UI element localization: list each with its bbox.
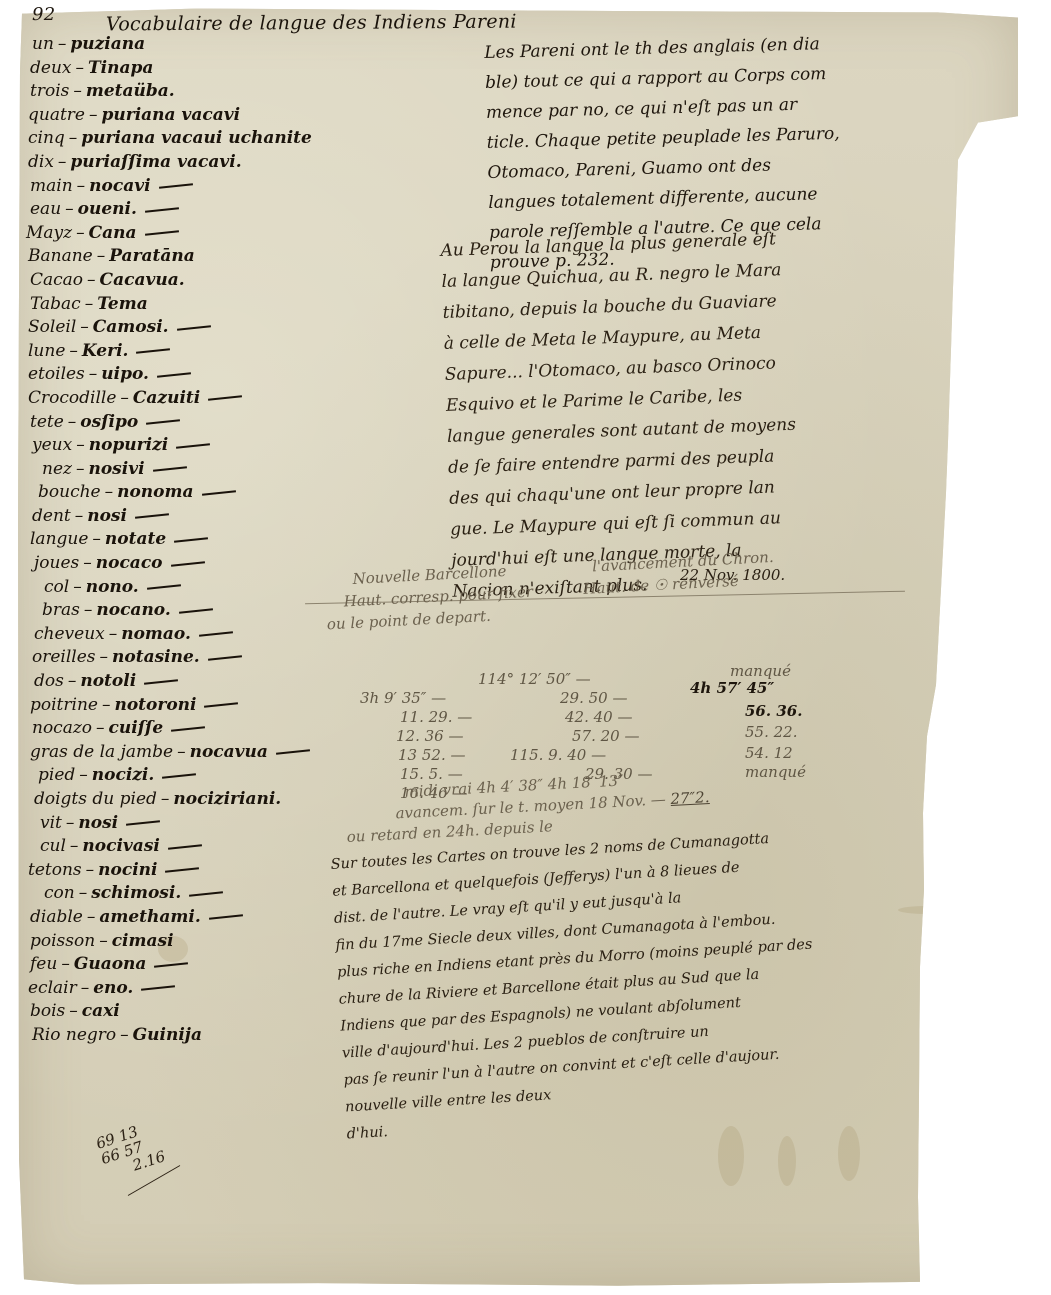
separator: –: [69, 128, 78, 148]
french-word: pied: [38, 765, 75, 785]
vocab-entry: diable–amethami.: [24, 907, 384, 931]
time-cell: 13 52. —: [398, 746, 465, 764]
dash-stroke: [136, 348, 170, 354]
french-word: deux: [30, 58, 71, 78]
separator: –: [68, 671, 77, 691]
separator: –: [68, 412, 77, 432]
native-word: caxi: [82, 1001, 120, 1021]
vocab-entry: dos–notoli: [24, 671, 384, 695]
separator: –: [120, 388, 129, 408]
vocab-entry: dix–puriaſſima vacavi.: [24, 152, 384, 176]
native-word: Paratāna: [109, 246, 195, 266]
separator: –: [99, 931, 108, 951]
native-word: Guinija: [133, 1025, 202, 1045]
vocab-entry: Banane–Paratāna: [24, 246, 384, 270]
separator: –: [58, 34, 67, 54]
french-word: diable: [30, 907, 83, 927]
separator: –: [76, 435, 85, 455]
vocab-entry: nez–nosivi: [24, 459, 384, 483]
dash-stroke: [135, 514, 169, 520]
native-word: uipo.: [101, 364, 149, 384]
native-word: nosi: [78, 813, 118, 833]
angle-cell: 57. 20 —: [572, 727, 639, 745]
separator: –: [92, 529, 101, 549]
native-word: amethami.: [99, 907, 200, 927]
native-word: metaüba.: [86, 81, 175, 101]
native-word: eno.: [93, 978, 133, 998]
separator: –: [80, 317, 89, 337]
native-word: nomao.: [121, 624, 191, 644]
separator: –: [177, 742, 186, 762]
separator: –: [77, 176, 86, 196]
native-word: puriaſſima vacavi.: [70, 152, 241, 172]
french-word: Tabac: [30, 294, 81, 314]
vocab-entry: feu–Guaona: [24, 954, 384, 978]
separator: –: [84, 600, 93, 620]
native-word: nono.: [86, 577, 139, 597]
dash-stroke: [153, 466, 187, 472]
native-word: schimosi.: [91, 883, 181, 903]
separator: –: [89, 105, 98, 125]
vocab-entry: etoiles–uipo.: [24, 364, 384, 388]
angle-cell: 115. 9. 40 —: [510, 746, 606, 764]
vocab-entry: lune–Keri.: [24, 341, 384, 365]
french-word: dent: [32, 506, 71, 526]
french-word: feu: [30, 954, 57, 974]
vocab-entry: oreilles–notasine.: [24, 647, 384, 671]
result-cell: 55. 22.: [745, 723, 797, 741]
separator: –: [161, 789, 170, 809]
french-word: cheveux: [34, 624, 105, 644]
native-word: notate: [105, 529, 166, 549]
dash-stroke: [141, 985, 175, 991]
french-word: dix: [28, 152, 54, 172]
native-word: notasine.: [112, 647, 200, 667]
separator: –: [105, 482, 114, 502]
dash-stroke: [162, 773, 196, 779]
native-word: nonoma: [117, 482, 193, 502]
french-word: poitrine: [30, 695, 98, 715]
native-word: puriana vacaui uchanite: [81, 128, 312, 148]
vocab-entry: trois–metaüba.: [24, 81, 384, 105]
angle-cell: 42. 40 —: [565, 708, 632, 726]
native-word: nosivi: [88, 459, 144, 479]
vocab-entry: deux–Tinapa: [24, 58, 384, 82]
vocab-entry: bouche–nonoma: [24, 482, 384, 506]
dash-stroke: [147, 584, 181, 590]
native-word: nocaco: [96, 553, 163, 573]
french-word: oreilles: [32, 647, 96, 667]
french-word: lune: [28, 341, 65, 361]
french-word: Cacao: [30, 270, 83, 290]
french-word: doigts du pied: [34, 789, 157, 809]
separator: –: [73, 81, 82, 101]
vocabulary-list: un–puziana deux–Tinapa trois–metaüba. qu…: [24, 34, 384, 1049]
advance-value: 27″2.: [670, 788, 710, 808]
result-cell: manqué: [745, 763, 806, 781]
french-word: nocazo: [32, 718, 92, 738]
result-cell: 4h 57′ 45″: [690, 679, 774, 697]
separator: –: [120, 1025, 129, 1045]
vocab-entry: vit–nosi: [24, 813, 384, 837]
separator: –: [86, 860, 95, 880]
french-word: gras de la jambe: [30, 742, 173, 762]
separator: –: [79, 765, 88, 785]
result-cell: manqué: [730, 662, 791, 680]
native-word: Camosi.: [93, 317, 169, 337]
native-word: nocavi: [89, 176, 150, 196]
french-word: vit: [40, 813, 62, 833]
dash-stroke: [179, 608, 213, 614]
dash-stroke: [171, 561, 205, 567]
separator: –: [83, 553, 92, 573]
french-word: un: [32, 34, 54, 54]
separator: –: [87, 907, 96, 927]
native-word: Cacavua.: [100, 270, 185, 290]
vocab-entry: pied–nocizi.: [24, 765, 384, 789]
vocab-entry: gras de la jambe–nocavua: [24, 742, 384, 766]
french-word: yeux: [32, 435, 72, 455]
separator: –: [75, 506, 84, 526]
dash-stroke: [177, 325, 211, 331]
french-word: Banane: [28, 246, 93, 266]
vocab-entry: eclair–eno.: [24, 978, 384, 1002]
native-word: nocini: [98, 860, 157, 880]
dash-stroke: [144, 679, 178, 685]
native-word: cuiſſe: [109, 718, 164, 738]
separator: –: [89, 364, 98, 384]
native-word: oueni.: [78, 199, 137, 219]
french-word: bouche: [38, 482, 101, 502]
vocab-entry: doigts du pied–nociziriani.: [24, 789, 384, 813]
vocab-entry: con–schimosi.: [24, 883, 384, 907]
vocab-entry: col–nono.: [24, 577, 384, 601]
vocab-entry: nocazo–cuiſſe: [24, 718, 384, 742]
dash-stroke: [209, 915, 243, 921]
vocab-entry: main–nocavi: [24, 176, 384, 200]
separator: –: [97, 246, 106, 266]
native-word: nocano.: [96, 600, 170, 620]
native-word: notoli: [80, 671, 136, 691]
stain: [838, 1126, 860, 1181]
native-word: Cazuiti: [133, 388, 200, 408]
vocab-entry: Tabac–Tema: [24, 294, 384, 318]
dash-stroke: [174, 537, 208, 543]
french-word: quatre: [28, 105, 85, 125]
french-word: trois: [30, 81, 69, 101]
native-word: nocizi.: [92, 765, 155, 785]
vocab-entry: dent–nosi: [24, 506, 384, 530]
french-word: eau: [30, 199, 61, 219]
vocab-entry: eau–oueni.: [24, 199, 384, 223]
separator: –: [102, 695, 111, 715]
vocab-entry: langue–notate: [24, 529, 384, 553]
dash-stroke: [204, 702, 238, 708]
french-word: Crocodille: [28, 388, 116, 408]
dash-stroke: [165, 868, 199, 874]
stain: [778, 1136, 796, 1186]
vocab-entry: quatre–puriana vacavi: [24, 105, 384, 129]
french-word: con: [44, 883, 75, 903]
vocab-entry: joues–nocaco: [24, 553, 384, 577]
french-word: Soleil: [28, 317, 76, 337]
french-word: bras: [42, 600, 80, 620]
separator: –: [69, 1001, 78, 1021]
dash-stroke: [145, 207, 179, 213]
french-word: cinq: [28, 128, 65, 148]
separator: –: [73, 577, 82, 597]
vocab-entry: cinq–puriana vacaui uchanite: [24, 128, 384, 152]
french-word: bois: [30, 1001, 65, 1021]
native-word: nopurizi: [89, 435, 168, 455]
native-word: Cana: [89, 223, 137, 243]
separator: –: [66, 813, 75, 833]
angle-cell: 114° 12′ 50″ —: [478, 670, 591, 688]
separator: –: [76, 459, 85, 479]
native-word: puziana: [70, 34, 145, 54]
native-word: Keri.: [82, 341, 129, 361]
vocab-entry: Soleil–Camosi.: [24, 317, 384, 341]
french-word: nez: [42, 459, 72, 479]
native-word: Guaona: [74, 954, 147, 974]
vocab-entry: tete–osſipo: [24, 412, 384, 436]
separator: –: [65, 199, 74, 219]
native-word: nosi: [87, 506, 127, 526]
stain: [718, 1126, 744, 1186]
native-word: nocavua: [190, 742, 268, 762]
separator: –: [69, 341, 78, 361]
french-word: eclair: [28, 978, 77, 998]
vocab-entry: Crocodille–Cazuiti: [24, 388, 384, 412]
separator: –: [70, 836, 79, 856]
time-cell: 3h 9′ 35″ —: [360, 689, 446, 707]
separator: –: [58, 152, 67, 172]
dash-stroke: [189, 891, 223, 897]
dash-stroke: [154, 962, 188, 968]
french-word: poisson: [30, 931, 95, 951]
dash-stroke: [126, 820, 160, 826]
native-word: puriana vacavi: [102, 105, 241, 125]
angle-cell: 29. 50 —: [560, 689, 627, 707]
stain: [898, 906, 958, 914]
dash-stroke: [159, 183, 193, 189]
time-cell: 11. 29. —: [400, 708, 472, 726]
separator: –: [79, 883, 88, 903]
dash-stroke: [276, 750, 310, 756]
native-word: notoroni: [114, 695, 196, 715]
french-word: joues: [34, 553, 79, 573]
dash-stroke: [157, 372, 191, 378]
separator: –: [75, 58, 84, 78]
french-word: tete: [30, 412, 64, 432]
dash-stroke: [168, 844, 202, 850]
result-cell: 54. 12: [745, 744, 793, 762]
vocab-entry: Rio negro–Guinija: [24, 1025, 384, 1049]
vocab-entry: poitrine–notoroni: [24, 695, 384, 719]
separator: –: [85, 294, 94, 314]
separator: –: [76, 223, 85, 243]
vocab-entry: poisson–cimasi: [24, 931, 384, 955]
french-word: Mayz: [26, 223, 72, 243]
cumanagotta-note: Sur toutes les Cartes on trouve les 2 no…: [330, 824, 823, 1149]
dash-stroke: [171, 726, 205, 732]
separator: –: [87, 270, 96, 290]
french-word: dos: [34, 671, 64, 691]
french-word: etoiles: [28, 364, 85, 384]
dash-stroke: [199, 632, 233, 638]
separator: –: [61, 954, 70, 974]
time-cell: 12. 36 —: [396, 727, 463, 745]
vocab-entry: Cacao–Cacavua.: [24, 270, 384, 294]
vocab-entry: Mayz–Cana: [24, 223, 384, 247]
native-word: nocivasi: [82, 836, 159, 856]
dash-stroke: [202, 490, 236, 496]
dash-stroke: [208, 655, 242, 661]
separator: –: [96, 718, 105, 738]
separator: –: [109, 624, 118, 644]
native-word: Tinapa: [88, 58, 153, 78]
french-word: Rio negro: [32, 1025, 116, 1045]
native-word: cimasi: [112, 931, 174, 951]
dash-stroke: [146, 419, 180, 425]
dash-stroke: [208, 396, 242, 402]
folio-number: 92: [32, 4, 56, 25]
native-word: osſipo: [80, 412, 138, 432]
separator: –: [100, 647, 109, 667]
native-word: nociziriani.: [173, 789, 281, 809]
french-word: langue: [30, 529, 88, 549]
separator: –: [81, 978, 90, 998]
page-title: Vocabulaire de langue des Indiens Pareni: [106, 11, 517, 36]
vocab-entry: un–puziana: [24, 34, 384, 58]
french-word: tetons: [28, 860, 82, 880]
vocab-entry: bois–caxi: [24, 1001, 384, 1025]
result-cell: 56. 36.: [745, 702, 802, 720]
french-word: main: [30, 176, 73, 196]
dash-stroke: [145, 230, 179, 236]
native-word: Tema: [97, 294, 148, 314]
dash-stroke: [176, 443, 210, 449]
french-word: col: [44, 577, 69, 597]
french-word: cul: [40, 836, 66, 856]
vocab-entry: yeux–nopurizi: [24, 435, 384, 459]
